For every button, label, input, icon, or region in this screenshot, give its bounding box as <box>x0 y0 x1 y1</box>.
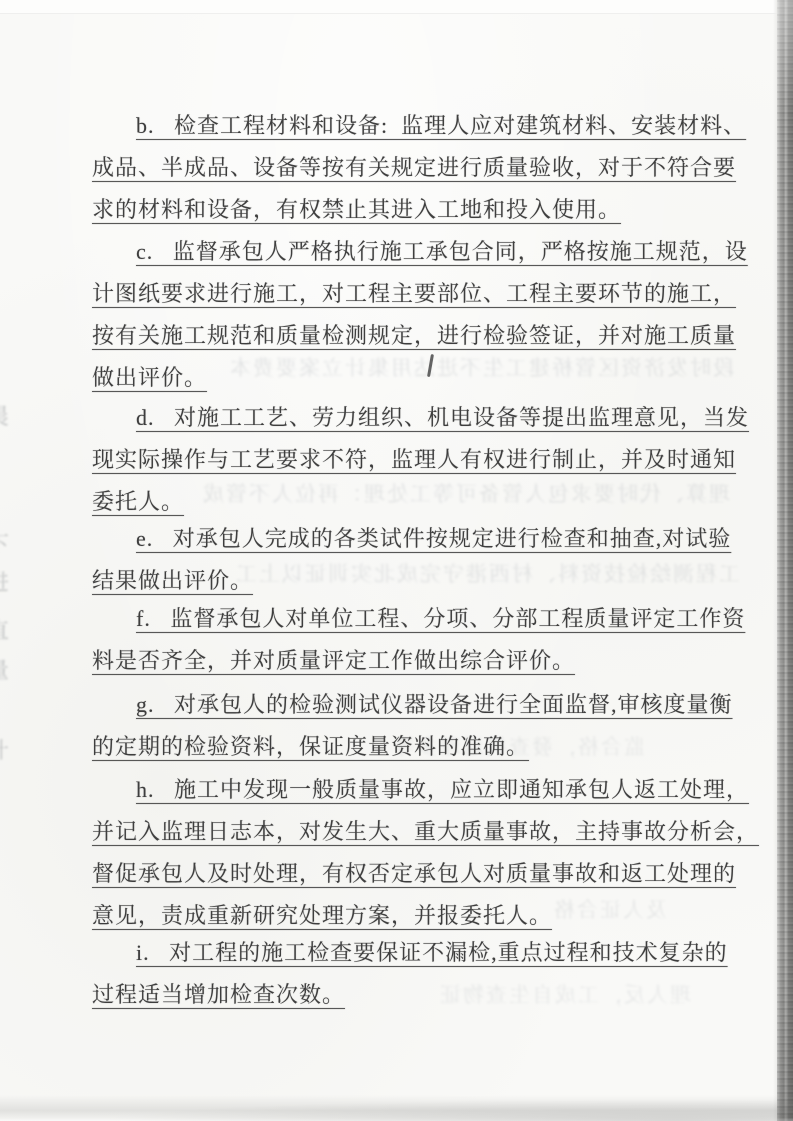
paragraph-h: h. 施工中发现一般质量事故，应立即通知承包人返工处理， 并记入监理日志本，对发… <box>92 769 738 937</box>
text-line: 做出评价。 <box>92 357 738 399</box>
edge-ghost-mark: 晨 <box>0 400 9 431</box>
scanned-document-page: 段时发济资区管桥建工生不进达用集计立案要费本 理算、代时要求包人管备可等工处理：… <box>0 0 793 1121</box>
text-line: 结果做出评价。 <box>92 560 738 602</box>
text-line: b. 检查工程材料和设备: 监理人应对建筑材料、安装材料、 <box>92 105 738 147</box>
text-line: c. 监督承包人严格执行施工承包合同，严格按施工规范，设 <box>92 231 738 273</box>
edge-ghost-mark: 计 <box>0 734 9 765</box>
text-line: 的定期的检验资料，保证度量资料的准确。 <box>92 726 738 768</box>
text-line: g. 对承包人的检验测试仪器设备进行全面监督,审核度量衡 <box>92 684 738 726</box>
edge-ghost-mark: 下 <box>0 528 9 559</box>
scan-right-dark-edge <box>777 0 793 1121</box>
paragraph-f: f. 监督承包人对单位工程、分项、分部工程质量评定工作资 料是否齐全，并对质量评… <box>92 598 738 682</box>
text-line: h. 施工中发现一般质量事故，应立即通知承包人返工处理， <box>92 769 738 811</box>
text-line: 过程适当增加检查次数。 <box>92 974 738 1016</box>
paragraph-d: d. 对施工工艺、劳力组织、机电设备等提出监理意见，当发 现实际操作与工艺要求不… <box>92 397 738 523</box>
paragraph-c: c. 监督承包人严格执行施工承包合同，严格按施工规范，设 计图纸要求进行施工，对… <box>92 231 738 399</box>
text-line: 督促承包人及时处理，有权否定承包人对质量事故和返工处理的 <box>92 853 738 895</box>
paragraph-g: g. 对承包人的检验测试仪器设备进行全面监督,审核度量衡 的定期的检验资料，保证… <box>92 684 738 768</box>
text-line: 委托人。 <box>92 481 738 523</box>
text-line: 现实际操作与工艺要求不符，监理人有权进行制止，并及时通知 <box>92 439 738 481</box>
text-line: 料是否齐全，并对质量评定工作做出综合评价。 <box>92 640 738 682</box>
edge-ghost-mark: 直 <box>0 614 9 645</box>
text-line: 成品、半成品、设备等按有关规定进行质量验收，对于不符合要 <box>92 147 738 189</box>
paragraph-b: b. 检查工程材料和设备: 监理人应对建筑材料、安装材料、 成品、半成品、设备等… <box>92 105 738 231</box>
scan-top-edge <box>0 0 793 14</box>
edge-ghost-mark: 进 <box>0 566 9 597</box>
edge-ghost-mark: 量 <box>0 654 9 685</box>
text-line: i. 对工程的施工检查要保证不漏检,重点过程和技术复杂的 <box>92 932 738 974</box>
scan-bottom-shadow <box>0 1095 793 1121</box>
text-line: 求的材料和设备，有权禁止其进入工地和投入使用。 <box>92 189 738 231</box>
paragraph-i: i. 对工程的施工检查要保证不漏检,重点过程和技术复杂的 过程适当增加检查次数。 <box>92 932 738 1016</box>
text-line: 计图纸要求进行施工，对工程主要部位、工程主要环节的施工， <box>92 273 738 315</box>
text-line: 意见，责成重新研究处理方案，并报委托人。 <box>92 895 738 937</box>
text-line: e. 对承包人完成的各类试件按规定进行检查和抽查,对试验 <box>92 518 738 560</box>
paragraph-e: e. 对承包人完成的各类试件按规定进行检查和抽查,对试验 结果做出评价。 <box>92 518 738 602</box>
text-line: 并记入监理日志本，对发生大、重大质量事故，主持事故分析会， <box>92 811 738 853</box>
text-line: 按有关施工规范和质量检测规定，进行检验签证，并对施工质量 <box>92 315 738 357</box>
text-line: d. 对施工工艺、劳力组织、机电设备等提出监理意见，当发 <box>92 397 738 439</box>
text-line: f. 监督承包人对单位工程、分项、分部工程质量评定工作资 <box>92 598 738 640</box>
